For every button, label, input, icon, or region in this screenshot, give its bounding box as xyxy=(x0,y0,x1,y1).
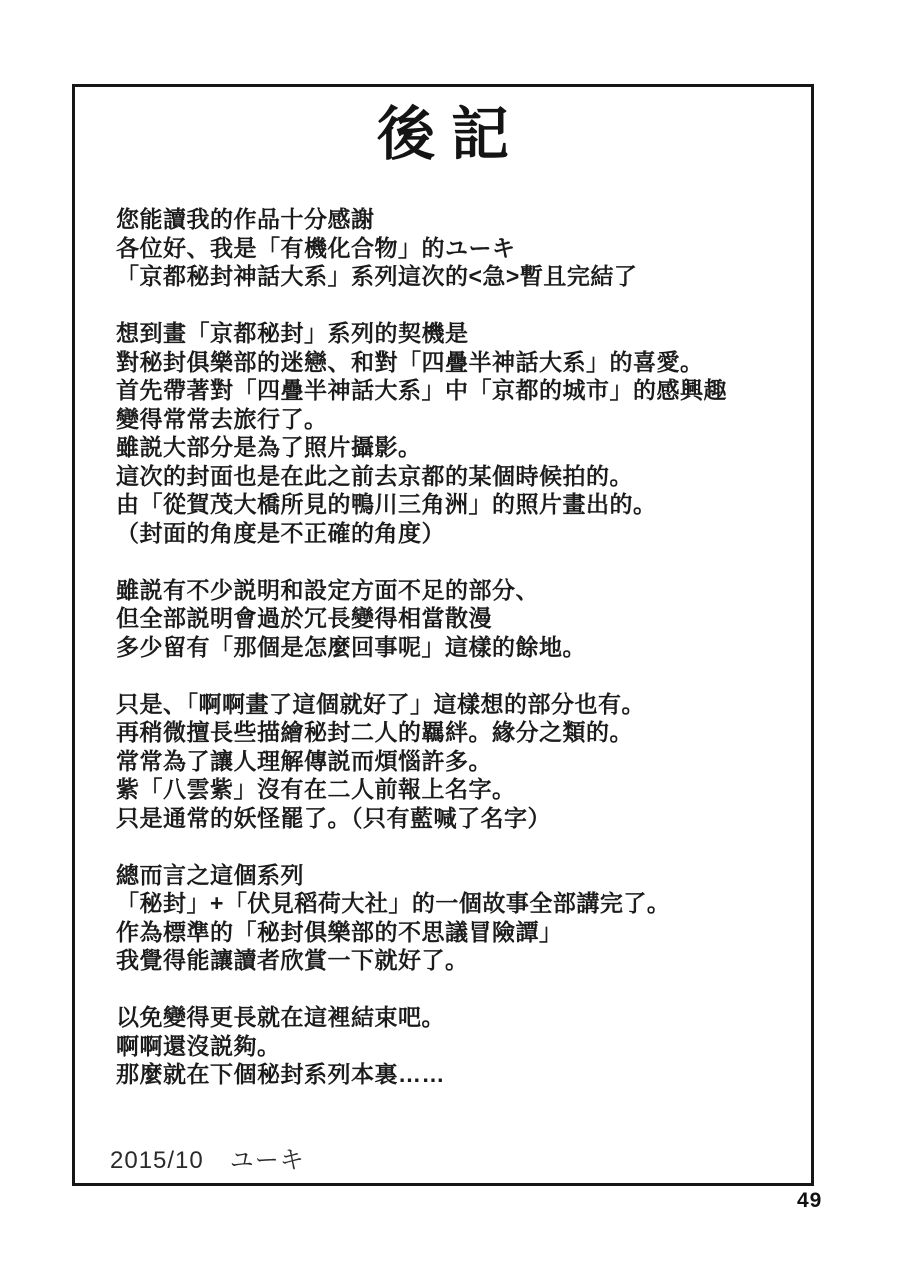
afterword-paragraph: 總而言之這個系列 「秘封」+「伏見稻荷大社」的一個故事全部講完了。 作為標準的「… xyxy=(116,861,781,975)
page-number: 49 xyxy=(797,1189,822,1213)
text-line: 但全部説明會過於冗長變得相當散漫 xyxy=(116,605,492,631)
text-line: 雖説有不少説明和設定方面不足的部分、 xyxy=(116,577,539,603)
text-line: 對秘封俱樂部的迷戀、和對「四疊半神話大系」的喜愛。 xyxy=(116,349,704,375)
text-line: 「京都秘封神話大系」系列這次的<急>暫且完結了 xyxy=(116,263,637,289)
text-line: （封面的角度是不正確的角度） xyxy=(116,520,445,546)
text-line: 紫「八雲紫」沒有在二人前報上名字。 xyxy=(116,776,516,802)
text-line: 「秘封」+「伏見稻荷大社」的一個故事全部講完了。 xyxy=(116,890,670,916)
text-line: 作為標準的「秘封俱樂部的不思議冒險譚」 xyxy=(116,919,563,945)
text-line: 我覺得能讓讀者欣賞一下就好了。 xyxy=(116,947,469,973)
text-line: 這次的封面也是在此之前去京都的某個時候拍的。 xyxy=(116,463,633,489)
footer-credit: 2015/10ユーキ xyxy=(110,1140,305,1175)
afterword-title: 後記 xyxy=(72,103,814,167)
afterword-paragraph: 以免變得更長就在這裡結束吧。 啊啊還沒説夠。 那麼就在下個秘封系列本裏…… xyxy=(116,1003,781,1089)
footer-date: 2015/10 xyxy=(110,1147,204,1174)
text-line: 多少留有「那個是怎麼回事呢」這樣的餘地。 xyxy=(116,634,586,660)
text-line: 總而言之這個系列 xyxy=(116,862,304,888)
text-line: 變得常常去旅行了。 xyxy=(116,406,328,432)
text-line: 再稍微擅長些描繪秘封二人的羈絆。緣分之類的。 xyxy=(116,719,633,745)
text-line: 您能讀我的作品十分感謝 xyxy=(116,206,375,232)
text-line: 只是、「啊啊畫了這個就好了」這樣想的部分也有。 xyxy=(116,691,645,717)
text-line: 由「從賀茂大橋所見的鴨川三角洲」的照片畫出的。 xyxy=(116,491,657,517)
text-line: 那麼就在下個秘封系列本裏…… xyxy=(116,1061,445,1087)
text-line: 只是通常的妖怪罷了。（只有藍喊了名字） xyxy=(116,805,551,831)
text-line: 各位好、我是「有機化合物」的ユーキ xyxy=(116,235,516,261)
afterword-paragraph: 只是、「啊啊畫了這個就好了」這樣想的部分也有。 再稍微擅長些描繪秘封二人的羈絆。… xyxy=(116,690,781,833)
text-line: 啊啊還沒説夠。 xyxy=(116,1033,281,1059)
text-line: 想到畫「京都秘封」系列的契機是 xyxy=(116,320,469,346)
text-line: 常常為了讓人理解傳説而煩惱許多。 xyxy=(116,748,492,774)
text-line: 雖説大部分是為了照片攝影。 xyxy=(116,434,422,460)
afterword-paragraph: 雖説有不少説明和設定方面不足的部分、 但全部説明會過於冗長變得相當散漫 多少留有… xyxy=(116,576,781,662)
footer-author: ユーキ xyxy=(230,1147,305,1174)
text-line: 以免變得更長就在這裡結束吧。 xyxy=(116,1004,445,1030)
afterword-body: 您能讀我的作品十分感謝 各位好、我是「有機化合物」的ユーキ 「京都秘封神話大系」… xyxy=(116,205,781,1089)
afterword-paragraph: 您能讀我的作品十分感謝 各位好、我是「有機化合物」的ユーキ 「京都秘封神話大系」… xyxy=(116,205,781,291)
text-line: 首先帶著對「四疊半神話大系」中「京都的城市」的感興趣 xyxy=(116,377,727,403)
afterword-paragraph: 想到畫「京都秘封」系列的契機是 對秘封俱樂部的迷戀、和對「四疊半神話大系」的喜愛… xyxy=(116,319,781,547)
